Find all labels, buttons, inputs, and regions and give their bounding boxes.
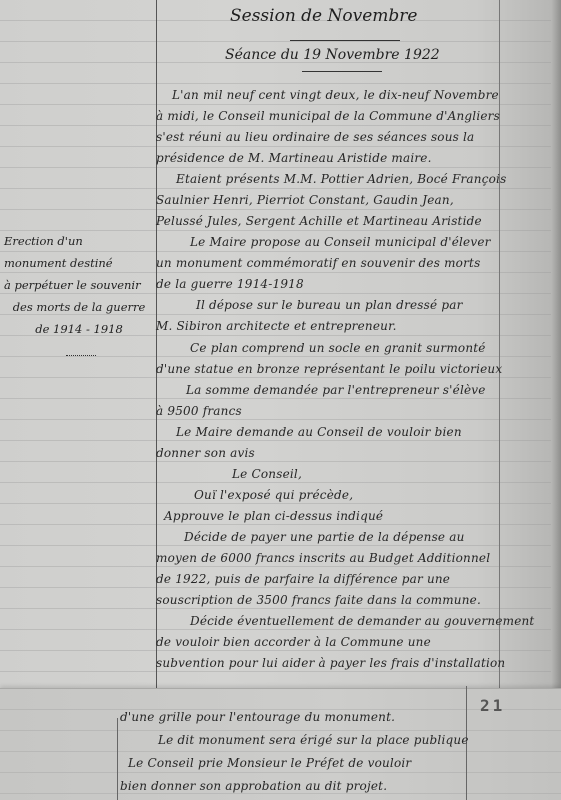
body-line: de la guerre 1914-1918 bbox=[156, 277, 304, 291]
body-line: Approuve le plan ci-dessus indiqué bbox=[164, 509, 383, 523]
body-line: de vouloir bien accorder à la Commune un… bbox=[156, 635, 431, 649]
lower-line: d'une grille pour l'entourage du monumen… bbox=[120, 710, 395, 724]
body-line: à 9500 francs bbox=[156, 404, 242, 418]
seance-title: Séance du 19 Novembre 1922 bbox=[225, 47, 440, 63]
body-line: Il dépose sur le bureau un plan dressé p… bbox=[196, 298, 463, 312]
body-line: Le Maire propose au Conseil municipal d'… bbox=[190, 235, 491, 249]
lower-line: bien donner son approbation au dit proje… bbox=[120, 779, 387, 793]
body-line: La somme demandée par l'entrepreneur s'é… bbox=[186, 383, 486, 397]
body-line: L'an mil neuf cent vingt deux, le dix-ne… bbox=[172, 88, 499, 102]
body-line: d'une statue en bronze représentant le p… bbox=[156, 362, 502, 376]
next-page-left-rule bbox=[117, 718, 118, 800]
body-line: Saulnier Henri, Pierriot Constant, Gaudi… bbox=[156, 193, 454, 207]
body-line: donner son avis bbox=[156, 446, 255, 460]
margin-note-line: Erection d'un bbox=[4, 230, 154, 252]
body-line: Le Maire demande au Conseil de vouloir b… bbox=[176, 425, 462, 439]
margin-note-line: monument destiné bbox=[4, 252, 154, 274]
body-line: moyen de 6000 francs inscrits au Budget … bbox=[156, 551, 490, 565]
body-line: souscription de 3500 francs faite dans l… bbox=[156, 593, 481, 607]
left-margin-rule bbox=[156, 0, 157, 690]
margin-note: Erection d'un monument destiné à perpétu… bbox=[4, 230, 154, 340]
right-margin-rule bbox=[499, 0, 500, 690]
page-edge-shadow bbox=[551, 0, 561, 700]
body-line: Décide de payer une partie de la dépense… bbox=[184, 530, 465, 544]
margin-flourish bbox=[66, 352, 96, 356]
body-line: Pelussé Jules, Sergent Achille et Martin… bbox=[156, 214, 482, 228]
seance-underline bbox=[302, 71, 382, 72]
body-line: subvention pour lui aider à payer les fr… bbox=[156, 656, 505, 670]
body-line: de 1922, puis de parfaire la différence … bbox=[156, 572, 450, 586]
body-line: Décide éventuellement de demander au gou… bbox=[190, 614, 534, 628]
body-line: présidence de M. Martineau Aristide mair… bbox=[156, 151, 432, 165]
lower-line: Le dit monument sera érigé sur la place … bbox=[158, 733, 469, 747]
body-line: Le Conseil, bbox=[232, 467, 302, 481]
margin-note-line: à perpétuer le souvenir bbox=[4, 274, 154, 296]
body-line: à midi, le Conseil municipal de la Commu… bbox=[156, 109, 500, 123]
body-line: Ouï l'exposé qui précède, bbox=[194, 488, 353, 502]
body-line: un monument commémoratif en souvenir des… bbox=[156, 256, 480, 270]
margin-note-line: de 1914 - 1918 bbox=[4, 318, 154, 340]
title-underline bbox=[290, 40, 400, 41]
lower-line: Le Conseil prie Monsieur le Préfet de vo… bbox=[128, 756, 411, 770]
body-line: M. Sibiron architecte et entrepreneur. bbox=[156, 319, 397, 333]
session-title: Session de Novembre bbox=[230, 6, 418, 26]
margin-note-line: des morts de la guerre bbox=[4, 296, 154, 318]
page-number: 21 bbox=[480, 696, 505, 715]
body-line: s'est réuni au lieu ordinaire de ses séa… bbox=[156, 130, 474, 144]
body-line: Etaient présents M.M. Pottier Adrien, Bo… bbox=[176, 172, 506, 186]
body-line: Ce plan comprend un socle en granit surm… bbox=[190, 341, 486, 355]
